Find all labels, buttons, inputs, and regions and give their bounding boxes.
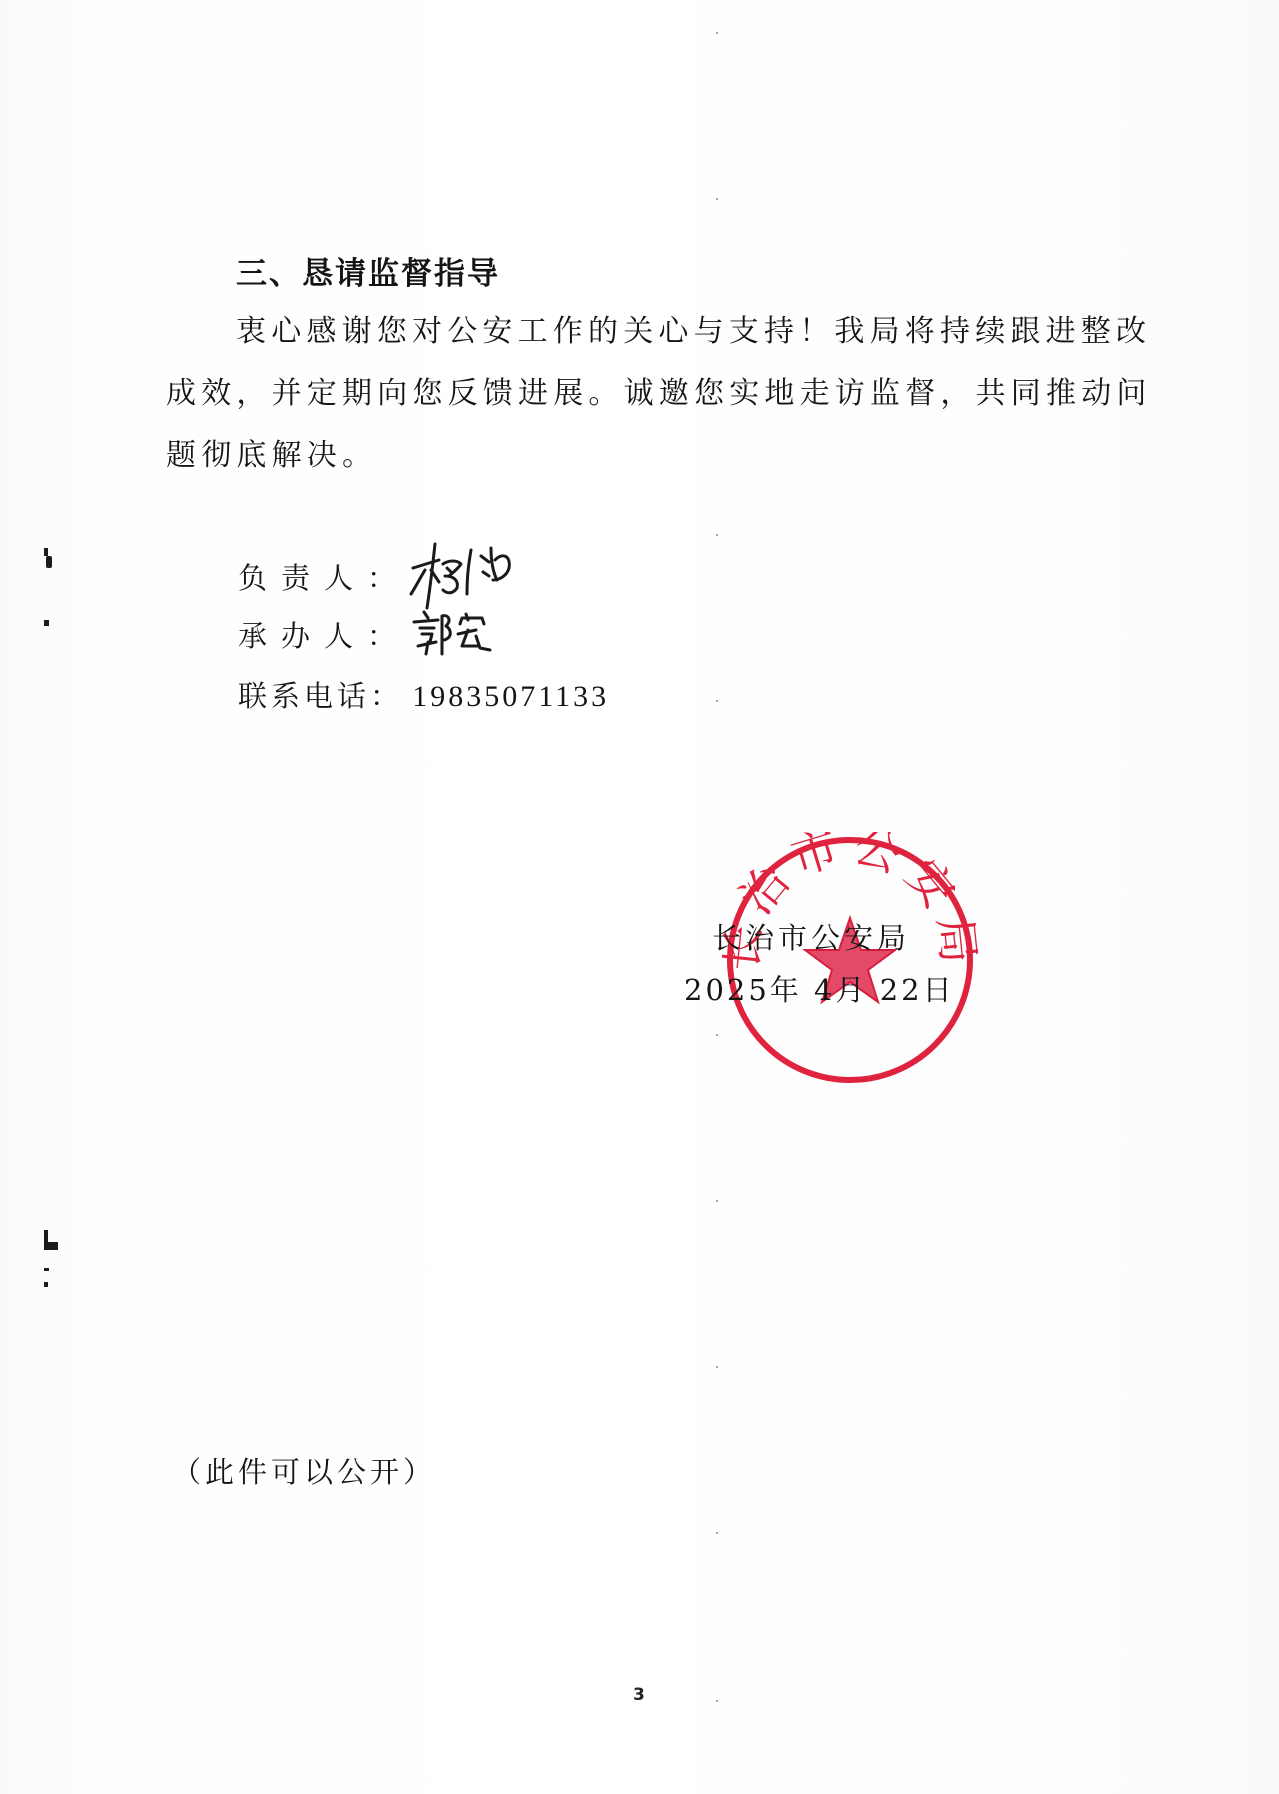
official-seal: 长治市公安局 [722,832,978,1088]
phone-number: 19835071133 [412,680,609,713]
disclosure-note: （此件可以公开） [172,1450,436,1491]
page-number: 3 [633,1685,645,1705]
responsible-row: 负责人： [238,556,410,597]
handler-row: 承办人： [238,614,410,655]
paragraph-line: 衷心感谢您对公安工作的关心与支持！我局将持续跟进整改 [236,306,1151,350]
paragraph-line: 题彻底解决。 [166,430,377,474]
issuing-organization: 长治市公安局 [712,916,910,957]
responsible-signature [405,538,520,613]
handler-label: 承办人： [238,619,410,653]
scan-edge-marks-bottom [40,1230,54,1310]
responsible-label: 负责人： [238,561,410,595]
issue-date: 2025年 4月 22日 [684,968,955,1009]
page-background [0,0,1279,1794]
phone-label: 联系电话： [238,679,403,713]
phone-row: 联系电话： 19835071133 [238,674,609,715]
paragraph-line: 成效，并定期向您反馈进展。诚邀您实地走访监督，共同推动问 [166,368,1152,412]
handler-signature [410,608,500,658]
section-heading: 三、恳请监督指导 [236,248,500,293]
scan-edge-marks-top [40,548,54,630]
